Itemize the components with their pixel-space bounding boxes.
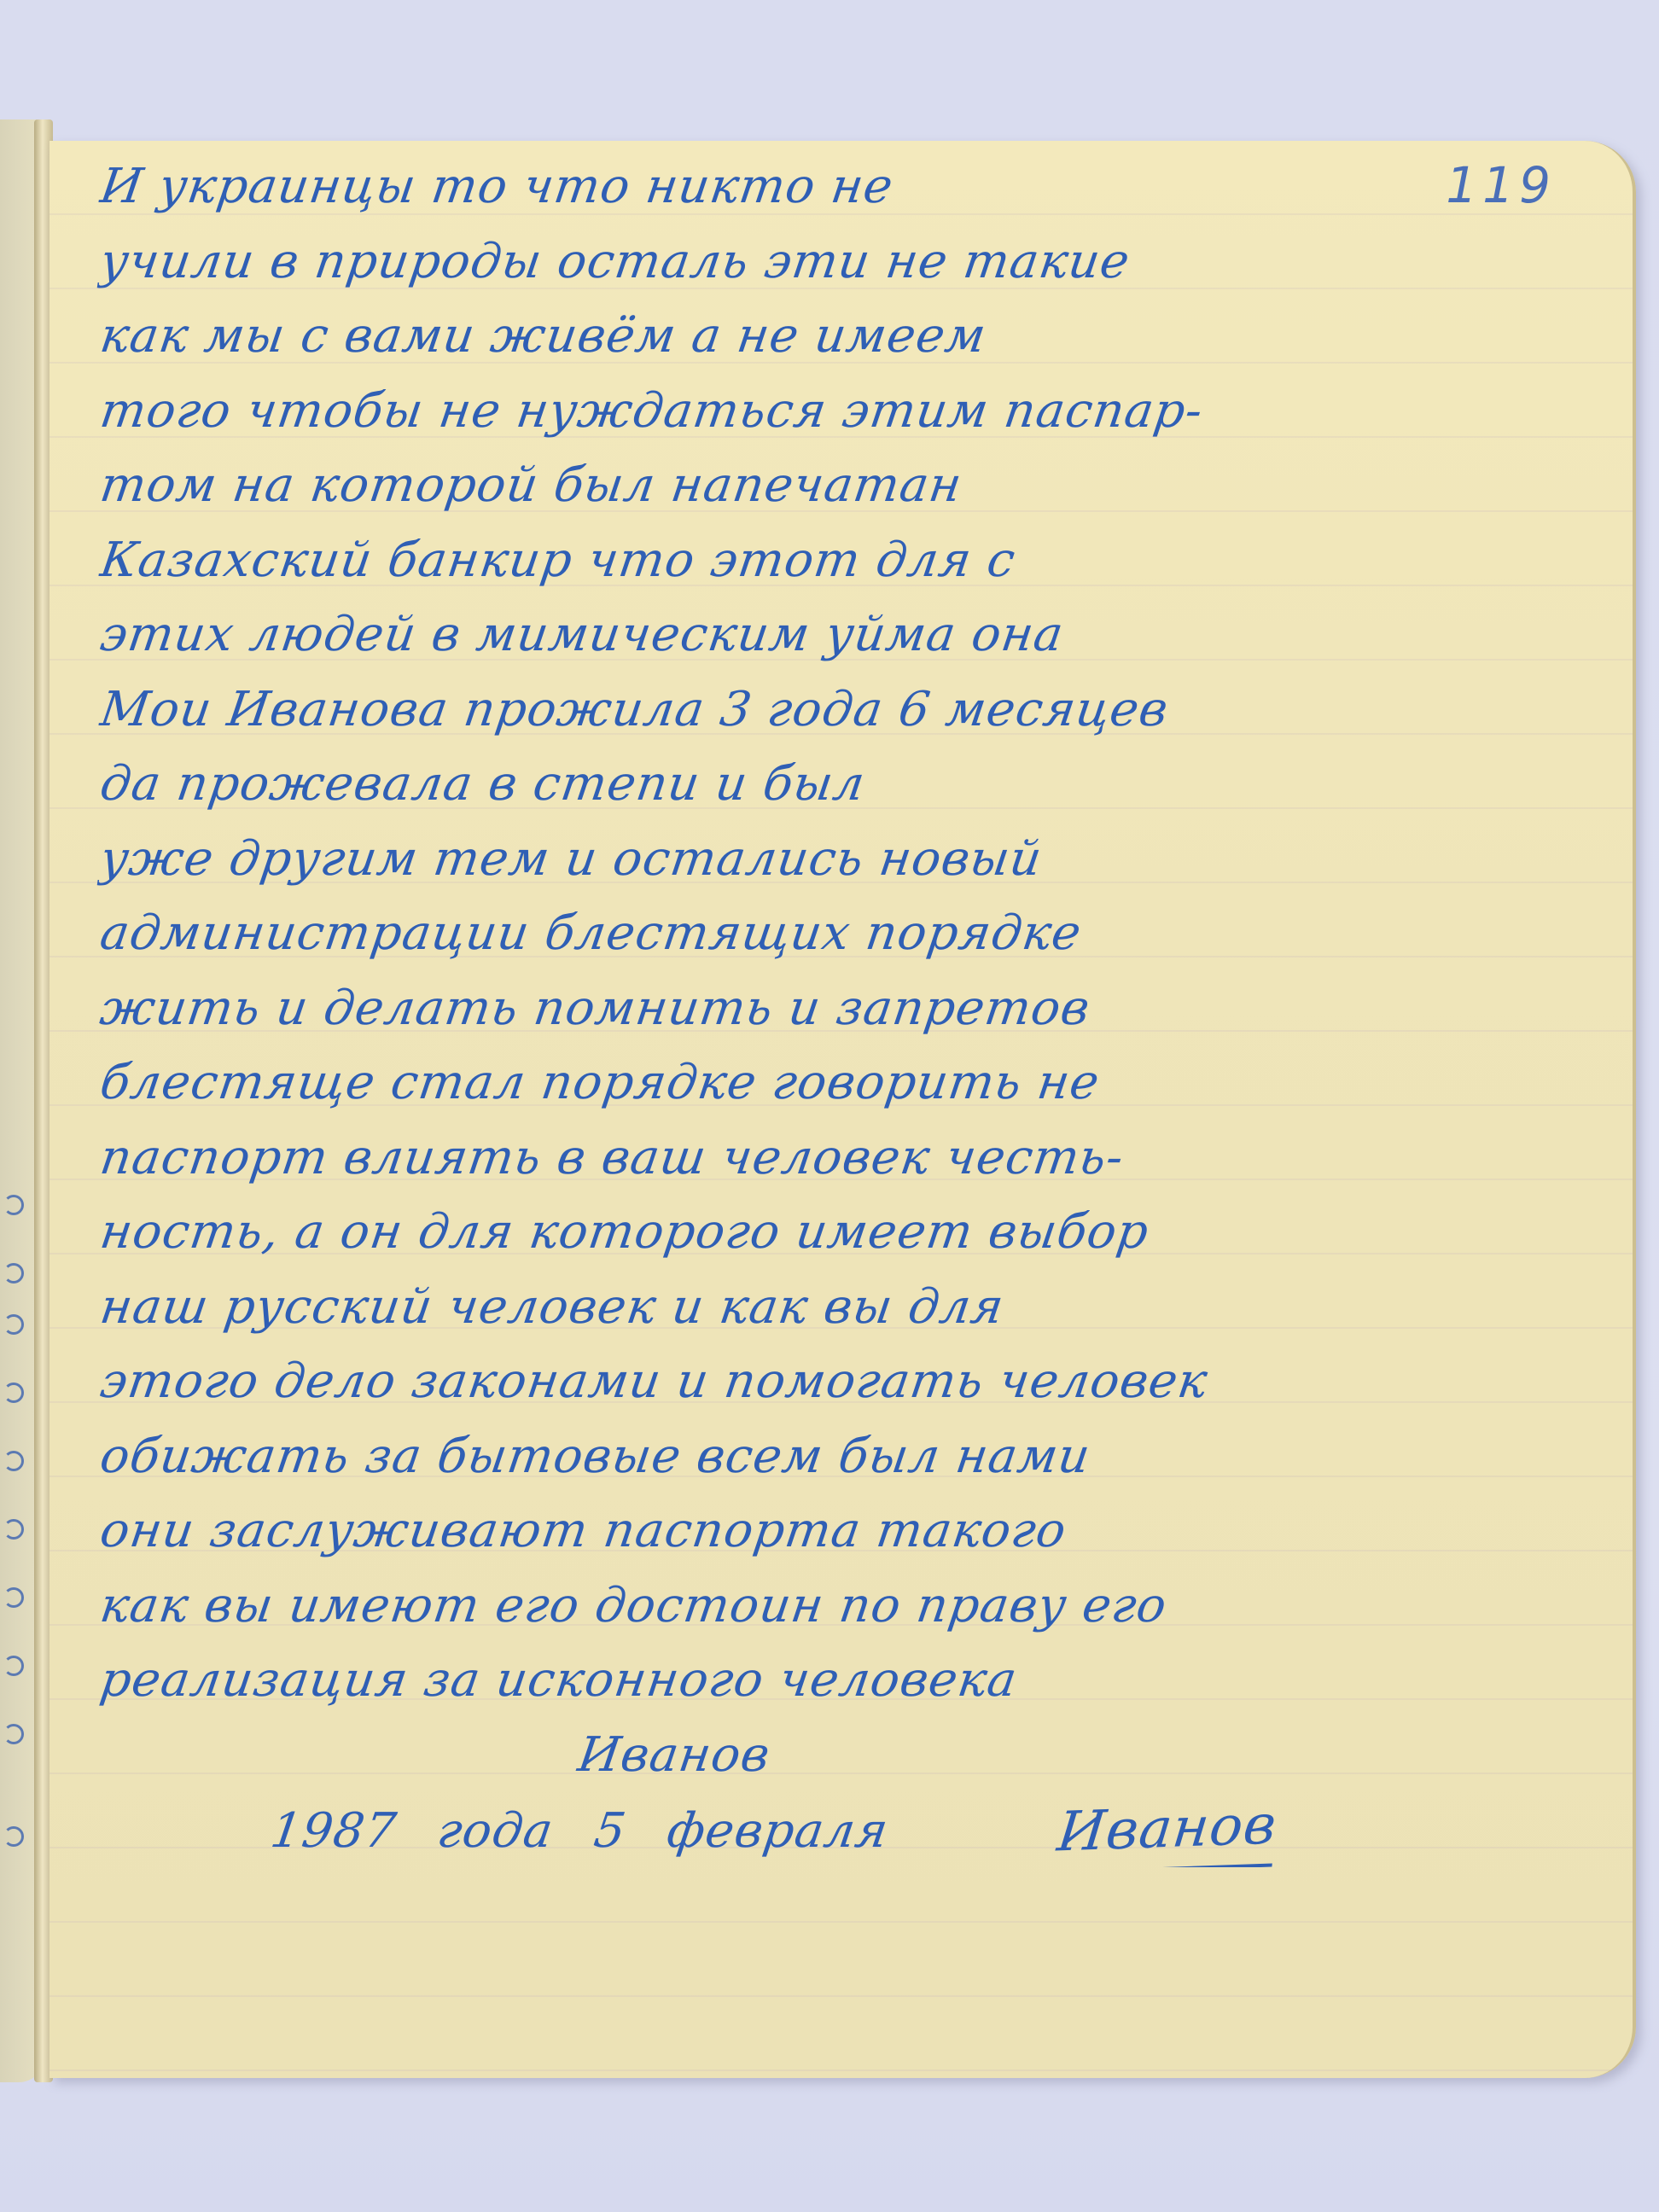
- text-line: учили в природы осталь эти не такие: [96, 224, 1574, 300]
- left-page-ink-mark: [3, 1451, 24, 1471]
- left-page-ink-mark: [3, 1314, 24, 1335]
- text-line: да прожевала в степи и был: [96, 747, 1574, 822]
- left-page-ink-mark: [3, 1195, 24, 1215]
- handwritten-text: И украинцы то что никто не учили в приро…: [101, 149, 1569, 1867]
- left-page-ink-mark: [3, 1587, 24, 1608]
- date-signature-line: 1987 года 5 февраля Иванов: [96, 1792, 1574, 1867]
- left-page-ink-mark: [3, 1263, 24, 1284]
- text-line: обижать за бытовые всем был нами: [96, 1419, 1574, 1494]
- text-line: как мы с вами живём а не имеем: [96, 299, 1574, 374]
- text-line: ность, а он для которого имеет выбор: [96, 1195, 1574, 1270]
- text-line: администрации блестящих порядке: [96, 896, 1574, 971]
- date-text: 1987 года 5 февраля: [267, 1803, 892, 1859]
- text-line: И украинцы то что никто не: [96, 149, 1574, 224]
- left-page-ink-mark: [3, 1519, 24, 1540]
- left-page-ink-mark: [3, 1724, 24, 1744]
- text-line: уже другим тем и остались новый: [96, 822, 1574, 897]
- text-line: они заслуживают паспорта такого: [96, 1493, 1574, 1569]
- text-line: как вы имеют его достоин по праву его: [96, 1569, 1574, 1644]
- text-line: том на которой был напечатан: [96, 448, 1574, 523]
- text-line: того чтобы не нуждаться этим паспар-: [96, 374, 1574, 449]
- text-line: реализация за исконного человека: [96, 1643, 1574, 1718]
- notebook-page: 119 И украинцы то что никто не учили в п…: [49, 141, 1636, 2078]
- text-line: наш русский человек и как вы для: [96, 1270, 1574, 1345]
- left-page-ink-mark: [3, 1656, 24, 1676]
- signature: Иванов: [1053, 1792, 1280, 1867]
- text-line: жить и делать помнить и запретов: [96, 971, 1574, 1046]
- author-name: Иванов: [96, 1718, 1574, 1793]
- text-line: этого дело законами и помогать человек: [96, 1344, 1574, 1419]
- text-line: паспорт влиять в ваш человек честь-: [96, 1121, 1574, 1196]
- left-page-ink-mark: [3, 1826, 24, 1847]
- text-line: этих людей в мимическим уйма она: [96, 597, 1574, 672]
- text-line: Мои Иванова прожила 3 года 6 месяцев: [96, 672, 1574, 748]
- text-line: блестяще стал порядке говорить не: [96, 1045, 1574, 1121]
- left-page-ink-mark: [3, 1382, 24, 1403]
- text-line: Казахский банкир что этот для с: [96, 523, 1574, 598]
